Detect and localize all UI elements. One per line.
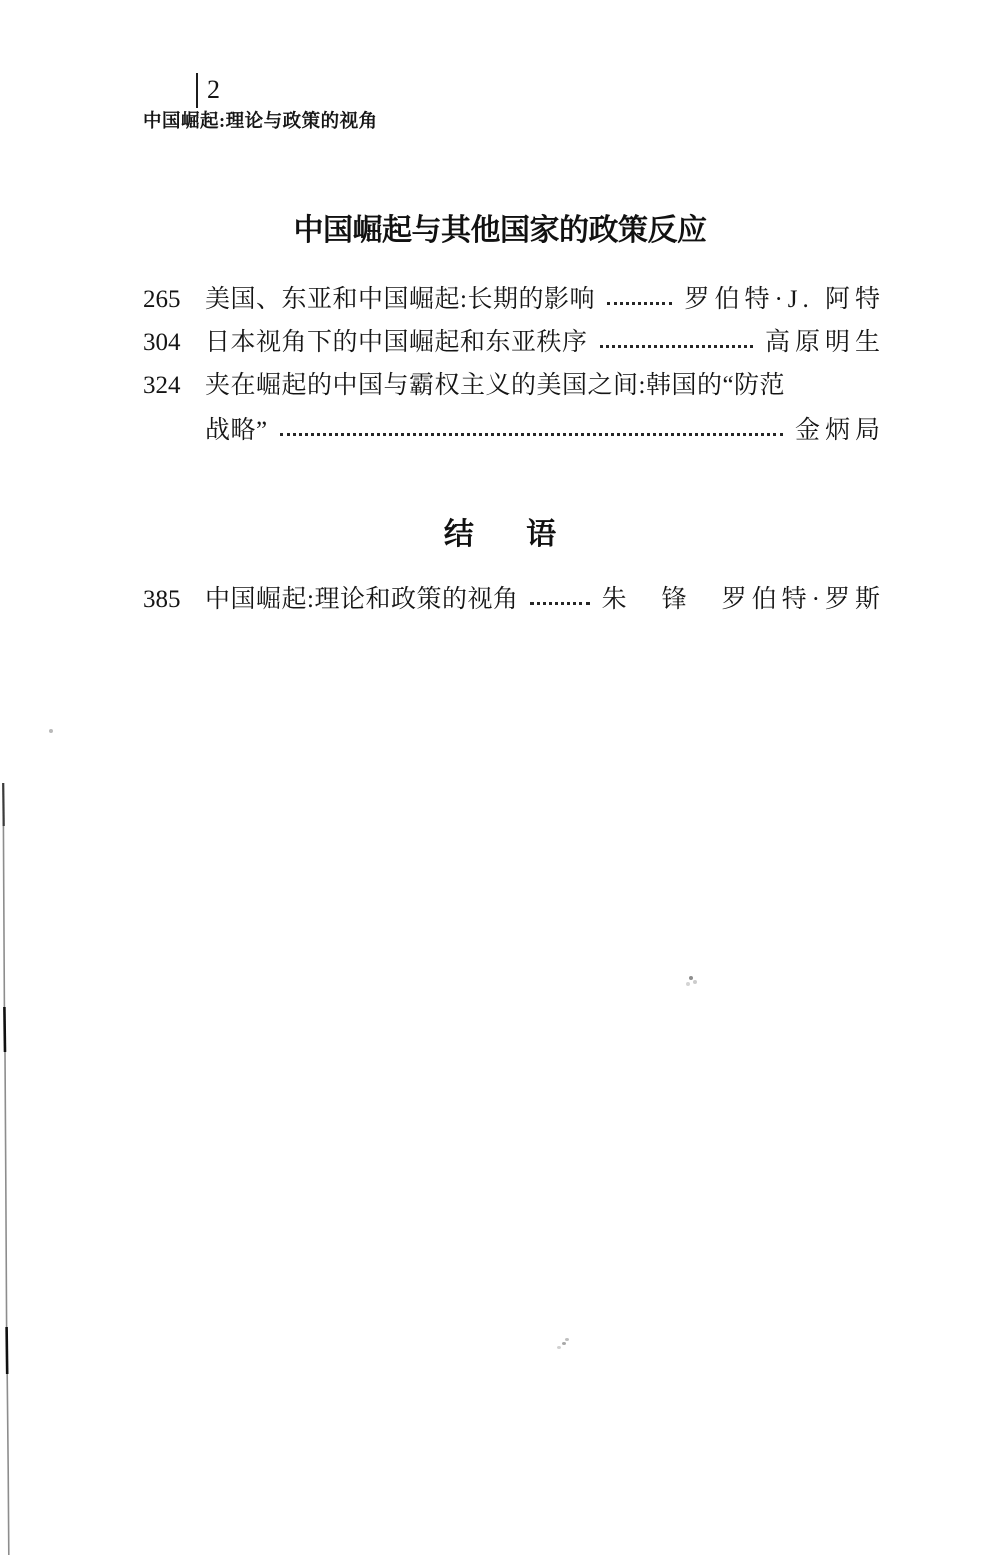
page-number: 2	[207, 72, 220, 108]
toc-entry-title: 美国、东亚和中国崛起:长期的影响	[205, 286, 595, 314]
dot-leader	[530, 602, 589, 605]
scanned-book-page: { "header": { "page_number": "2", "runni…	[0, 0, 1000, 1555]
toc-entry: 385 中国崛起:理论和政策的视角 朱 锋 罗伯特·罗斯	[143, 586, 880, 614]
toc-entry-page-number: 385	[143, 586, 205, 614]
toc-entry: 304 日本视角下的中国崛起和东亚秩序 高原明生	[143, 329, 880, 357]
dot-leader	[600, 345, 753, 348]
toc-entry-author: 朱 锋 罗伯特·罗斯	[602, 586, 885, 614]
section-title-policy-responses: 中国崛起与其他国家的政策反应	[0, 213, 1000, 249]
page-number-divider-bar	[196, 73, 198, 108]
scan-speck	[689, 976, 693, 980]
toc-entry-title-line1: 夹在崛起的中国与霸权主义的美国之间:韩国的“防范	[205, 372, 785, 400]
toc-entry: 324 夹在崛起的中国与霸权主义的美国之间:韩国的“防范	[143, 372, 880, 400]
dot-leader	[607, 302, 672, 305]
toc-entry-author: 罗伯特·J. 阿特	[684, 286, 885, 314]
scan-edge-line	[0, 0, 14, 1555]
section-title-conclusion: 结 语	[0, 517, 1000, 553]
scan-speck	[562, 1342, 566, 1345]
toc-entry-title: 中国崛起:理论和政策的视角	[205, 586, 518, 614]
running-header-title: 中国崛起:理论与政策的视角	[143, 109, 378, 135]
toc-entry-page-number: 304	[143, 329, 205, 357]
toc-entry-title-line2: 战略”	[205, 417, 268, 445]
toc-entry-page-number: 324	[143, 372, 205, 400]
toc-entry-title: 日本视角下的中国崛起和东亚秩序	[205, 329, 588, 357]
toc-entry-page-number: 265	[143, 286, 205, 314]
toc-entry-author: 高原明生	[765, 329, 885, 357]
toc-entry-continuation: 战略” 金炳局	[143, 417, 880, 445]
toc-entry: 265 美国、东亚和中国崛起:长期的影响 罗伯特·J. 阿特	[143, 286, 880, 314]
toc-entry-author: 金炳局	[795, 417, 885, 445]
dot-leader	[280, 433, 783, 436]
scan-speck	[49, 729, 53, 733]
